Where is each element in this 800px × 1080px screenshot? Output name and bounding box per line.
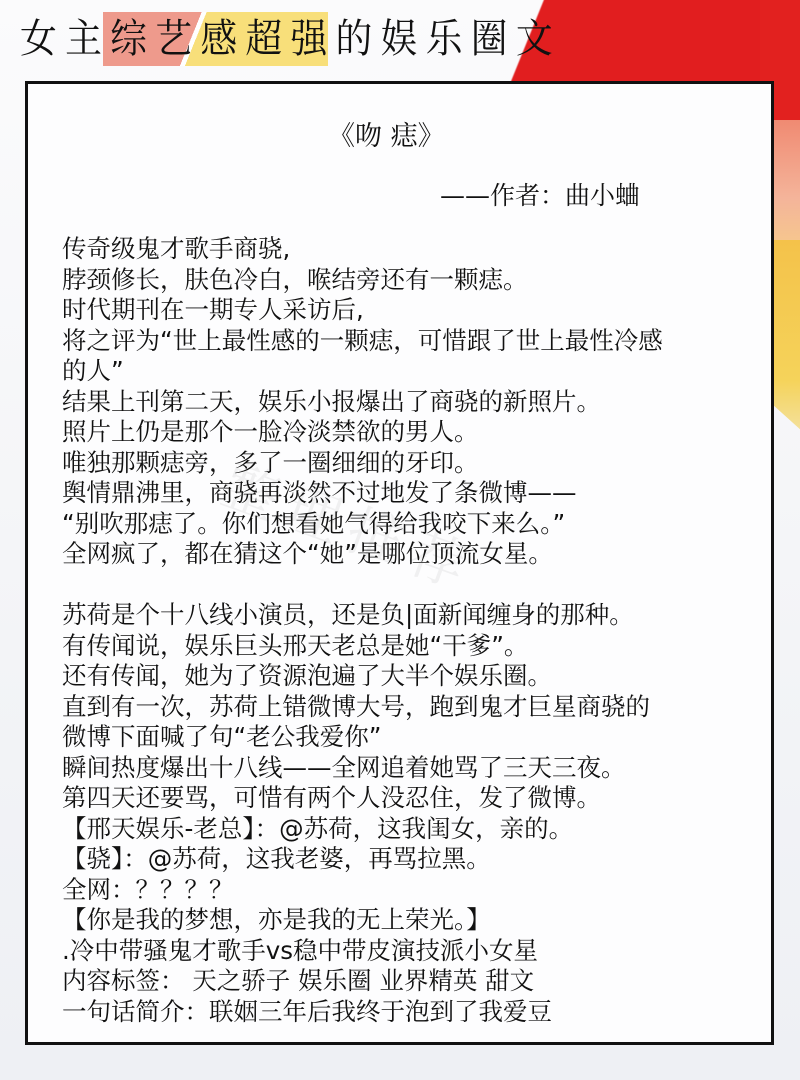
- synopsis-line: 时代期刊在一期专人采访后,: [62, 295, 762, 326]
- blank-line: [62, 570, 762, 601]
- synopsis-line: 传奇级鬼才歌手商骁,: [62, 234, 762, 265]
- synopsis-line: 的人”: [62, 356, 762, 387]
- synopsis-line: 【你是我的梦想，亦是我的无上荣光。】: [62, 905, 762, 936]
- synopsis: 传奇级鬼才歌手商骁, 脖颈修长，肤色冷白，喉结旁还有一颗痣。 时代期刊在一期专人…: [62, 234, 762, 1027]
- book-title: 《吻 痣》: [328, 114, 445, 153]
- synopsis-line: 还有传闻，她为了资源泡遍了大半个娱乐圈。: [62, 661, 762, 692]
- synopsis-line: 全网疯了，都在猜这个“她”是哪位顶流女星。: [62, 539, 762, 570]
- synopsis-line: 将之评为“世上最性感的一颗痣，可惜跟了世上最性冷感: [62, 326, 762, 357]
- title-suffix: 的娱乐圈文: [336, 16, 561, 62]
- title-prefix: 女主: [20, 16, 110, 62]
- synopsis-line: .冷中带骚鬼才歌手vs稳中带皮演技派小女星: [62, 936, 762, 967]
- synopsis-line: 有传闻说，娱乐巨头邢天老总是她“干爹”。: [62, 631, 762, 662]
- one-line-summary: 一句话简介：联姻三年后我终于泡到了我爱豆: [62, 997, 762, 1028]
- synopsis-line: 第四天还要骂，可惜有两个人没忍住，发了微博。: [62, 783, 762, 814]
- synopsis-line: 脖颈修长，肤色冷白，喉结旁还有一颗痣。: [62, 265, 762, 296]
- synopsis-line: 苏荷是个十八线小演员，还是负|面新闻缠身的那种。: [62, 600, 762, 631]
- synopsis-line: 照片上仍是那个一脸冷淡禁欲的男人。: [62, 417, 762, 448]
- page-title: 女主综艺感超强的娱乐圈文: [20, 8, 608, 70]
- synopsis-line: 结果上刊第二天，娱乐小报爆出了商骁的新照片。: [62, 387, 762, 418]
- title-highlight: 综艺感超强: [110, 16, 335, 62]
- synopsis-line: 直到有一次，苏荷上错微博大号，跑到鬼才巨星商骁的: [62, 692, 762, 723]
- book-card: 整理推荐 《吻 痣》 ——作者：曲小蛐 传奇级鬼才歌手商骁, 脖颈修长，肤色冷白…: [25, 81, 774, 1045]
- synopsis-line: “别吹那痣了。你们想看她气得给我咬下来么。”: [62, 509, 762, 540]
- author-line: ——作者：曲小蛐: [440, 176, 640, 212]
- content-tags: 内容标签： 天之骄子 娱乐圈 业界精英 甜文: [62, 966, 762, 997]
- synopsis-line: 全网：？？？？: [62, 875, 762, 906]
- pink-paint-decoration: [772, 120, 800, 250]
- synopsis-line: 【邢天娱乐-老总】：@苏荷，这我闺女，亲的。: [62, 814, 762, 845]
- synopsis-line: 唯独那颗痣旁，多了一圈细细的牙印。: [62, 448, 762, 479]
- synopsis-line: 舆情鼎沸里，商骁再淡然不过地发了条微博——: [62, 478, 762, 509]
- page-title-text: 女主综艺感超强的娱乐圈文: [20, 8, 561, 70]
- synopsis-line: 瞬间热度爆出十八线——全网追着她骂了三天三夜。: [62, 753, 762, 784]
- synopsis-line: 微博下面喊了句“老公我爱你”: [62, 722, 762, 753]
- synopsis-line: 【骁】：@苏荷，这我老婆，再骂拉黑。: [62, 844, 762, 875]
